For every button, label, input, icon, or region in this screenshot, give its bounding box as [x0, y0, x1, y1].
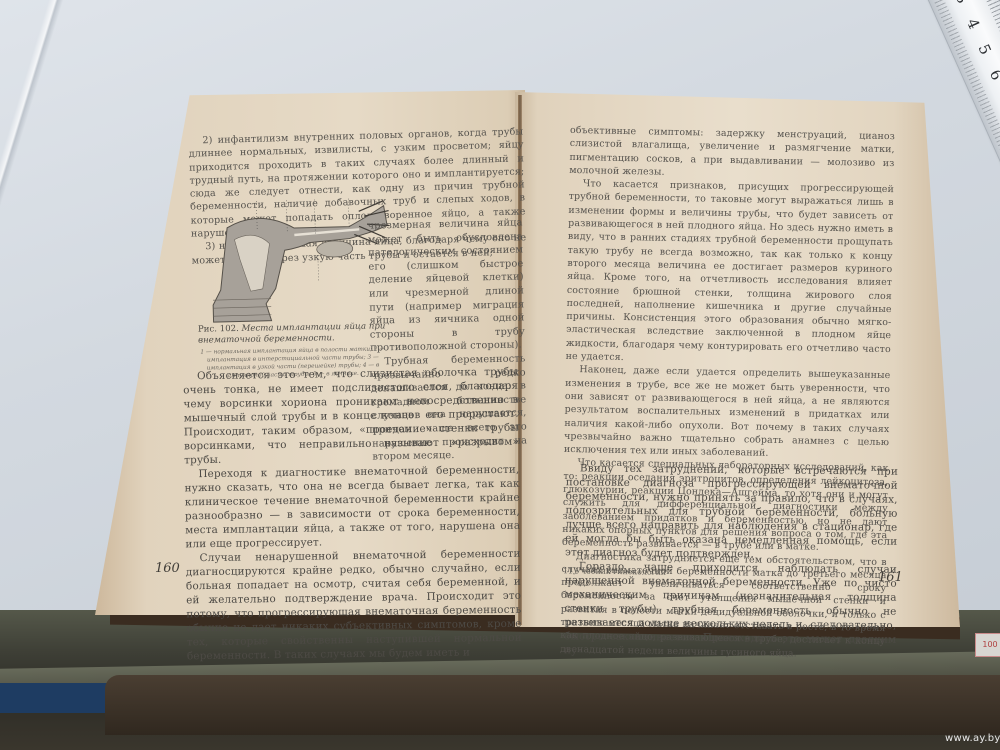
blue-object — [0, 683, 110, 713]
figure-label: Рис. 102. — [198, 324, 239, 335]
figure-caption: Рис. 102. Места имплантации яйца при вне… — [198, 321, 388, 346]
paragraph: Наконец, даже если удается определить вы… — [564, 363, 891, 462]
ruler-number: 5 — [974, 41, 994, 57]
paragraph: Что касается признаков, присущих прогрес… — [566, 177, 895, 369]
ruler-number: 6 — [986, 67, 1000, 83]
right-page-bottom-text: Ввиду тех затруднений, которые встречают… — [564, 461, 898, 660]
printer-signature: 11 Учебник гинекологии — [563, 566, 666, 576]
wooden-ledge — [105, 675, 1000, 735]
price-sticker: 100 — [975, 633, 1000, 657]
page-number-right: 161 — [878, 570, 903, 585]
anatomical-figure-uterus-tube — [198, 196, 391, 326]
paragraph: Переходя к диагностике внематочной берем… — [184, 463, 520, 552]
left-page-bottom-text: Объясняется это тем, что слизистая оболо… — [183, 365, 522, 664]
page-number-left: 160 — [155, 561, 180, 576]
paragraph: Случаи ненарушенной внематочной беременн… — [186, 547, 523, 664]
ruler-number: 4 — [963, 16, 983, 32]
paragraph: Объясняется это тем, что слизистая оболо… — [183, 365, 519, 468]
paragraph: Ввиду тех затруднений, которые встречают… — [565, 461, 898, 562]
photo-scene: 2 3 4 5 6 7 8 9 10 11 12 2) инфантилизм … — [0, 0, 1000, 750]
watermark: www.ay.by — [945, 733, 1000, 744]
ruler-number: 3 — [952, 0, 972, 6]
paragraph: чрезмерная величина яйца может быть обус… — [367, 216, 525, 355]
paragraph: объективные симптомы: задержку менструац… — [569, 124, 895, 183]
